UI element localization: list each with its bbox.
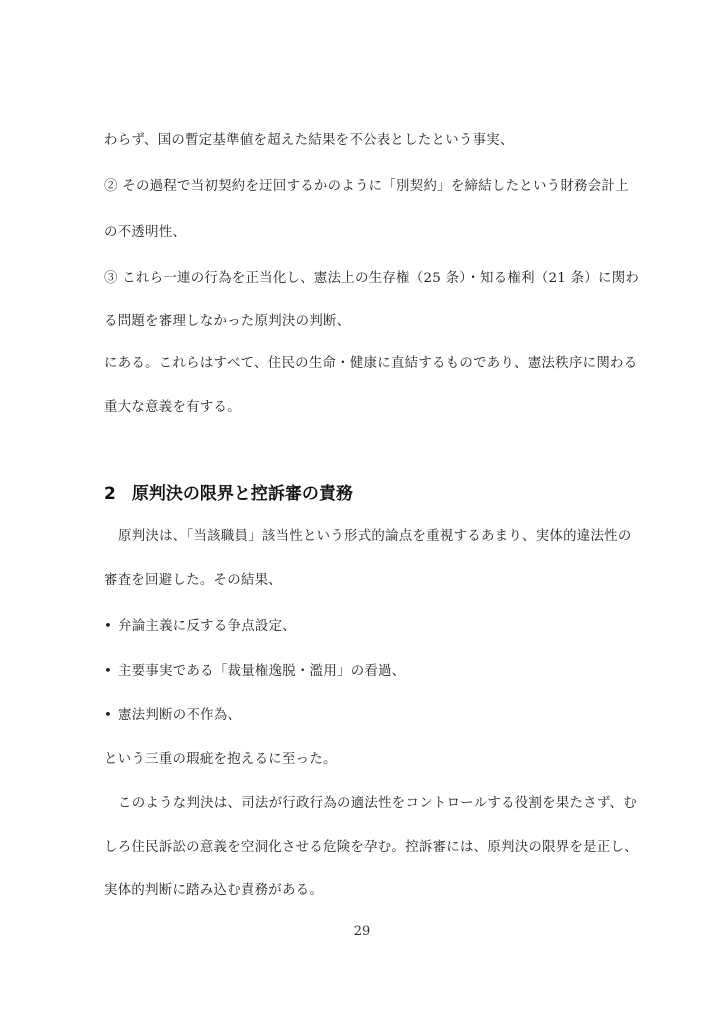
bullet-text: 憲法判断の不作為、 <box>118 708 241 723</box>
body-text-line: しろ住民訴訟の意義を空洞化させる危険を孕む。控訴審には、原判決の限界を是正し、 <box>104 839 624 857</box>
body-text-line: る問題を審理しなかった原判決の判断、 <box>104 313 624 331</box>
body-text-line: わらず、国の暫定基準値を超えた結果を不公表としたという事実、 <box>104 132 624 150</box>
body-text-line: 審査を回避した。その結果、 <box>104 572 624 590</box>
body-text-line: ② その過程で当初契約を迂回するかのように「別契約」を締結したという財務会計上 <box>104 178 624 196</box>
bullet-item: •弁論主義に反する争点設定、 <box>104 618 624 636</box>
section-title: 原判決の限界と控訴審の責務 <box>132 484 353 504</box>
section-number: 2 <box>104 484 116 504</box>
page-number: 29 <box>0 923 724 941</box>
body-text-line: 原判決は、「当該職員」該当性という形式的論点を重視するあまり、実体的違法性の <box>104 528 638 546</box>
body-text-line: ③ これら一連の行為を正当化し、憲法上の生存権（25 条）・知る権利（21 条）… <box>104 270 624 288</box>
body-text-line: 重大な意義を有する。 <box>104 399 624 417</box>
body-text-line: 実体的判断に踏み込む責務がある。 <box>104 882 624 900</box>
bullet-item: •憲法判断の不作為、 <box>104 707 624 725</box>
body-text-line: という三重の瑕疵を抱えるに至った。 <box>104 751 624 769</box>
body-text-line: の不透明性、 <box>104 224 624 242</box>
body-text-line: にある。これらはすべて、住民の生命・健康に直結するものであり、憲法秩序に関わる <box>104 355 624 373</box>
bullet-icon: • <box>104 707 118 725</box>
body-text-line: このような判決は、司法が行政行為の適法性をコントロールする役割を果たさず、む <box>104 795 638 813</box>
bullet-text: 主要事実である「裁量権逸脱・濫用」の看過、 <box>118 664 406 679</box>
bullet-text: 弁論主義に反する争点設定、 <box>118 619 296 634</box>
bullet-item: •主要事実である「裁量権逸脱・濫用」の看過、 <box>104 663 624 681</box>
document-page: わらず、国の暫定基準値を超えた結果を不公表としたという事実、 ② その過程で当初… <box>0 0 724 1024</box>
section-heading: 2原判決の限界と控訴審の責務 <box>104 483 353 505</box>
bullet-icon: • <box>104 663 118 681</box>
bullet-icon: • <box>104 618 118 636</box>
